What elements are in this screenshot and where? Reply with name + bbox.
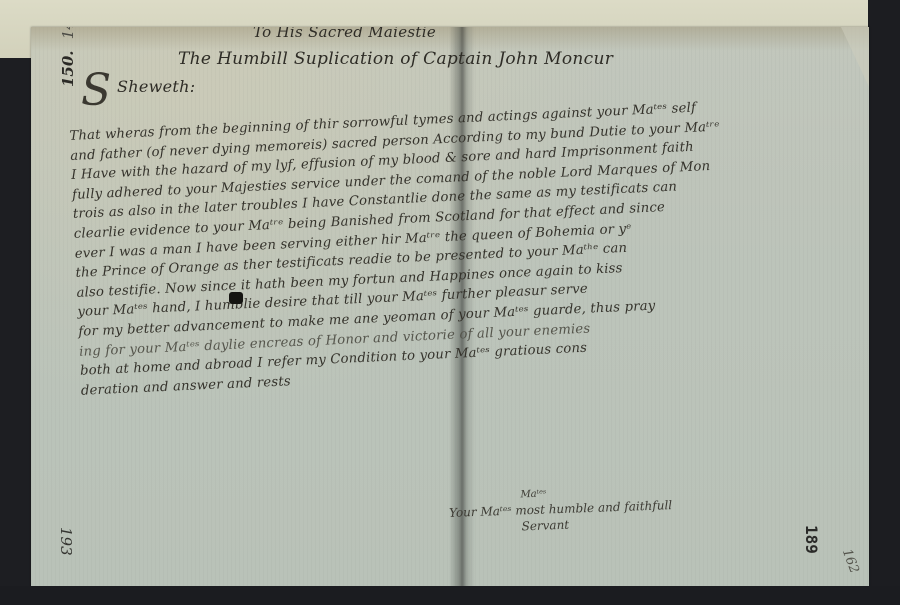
- folio-annotation: 142: [59, 27, 77, 39]
- ink-blot: [229, 292, 243, 304]
- salutation: Sheweth:: [117, 77, 195, 96]
- decorated-initial: S: [81, 65, 111, 116]
- address-line: To His Sacred Maiestie: [253, 27, 436, 41]
- signoff-block: Maᵗᵉˢ Your Maᵗᵉˢ most humble and faithfu…: [449, 498, 673, 520]
- folio-number-bottom: 193: [57, 527, 75, 556]
- signoff-superscript: Maᵗᵉˢ: [520, 488, 546, 500]
- dark-background-bottom: [0, 586, 900, 605]
- manuscript-sheet: To His Sacred Maiestie The Humbill Supli…: [31, 27, 869, 587]
- archive-stamp-number: 189: [802, 525, 821, 554]
- folio-number-top: 150. 142: [59, 27, 77, 87]
- folded-corner: [841, 27, 869, 87]
- signoff-servant: Servant: [521, 518, 569, 534]
- dark-background-right: [868, 0, 900, 605]
- folio-number: 150.: [59, 50, 77, 87]
- signoff-line: Your Maᵗᵉˢ most humble and faithfull: [449, 498, 673, 520]
- petition-body: That wheras from the beginning of thir s…: [69, 91, 869, 401]
- petition-title: The Humbill Suplication of Captain John …: [178, 49, 613, 69]
- pencil-annotation: 162: [839, 547, 862, 575]
